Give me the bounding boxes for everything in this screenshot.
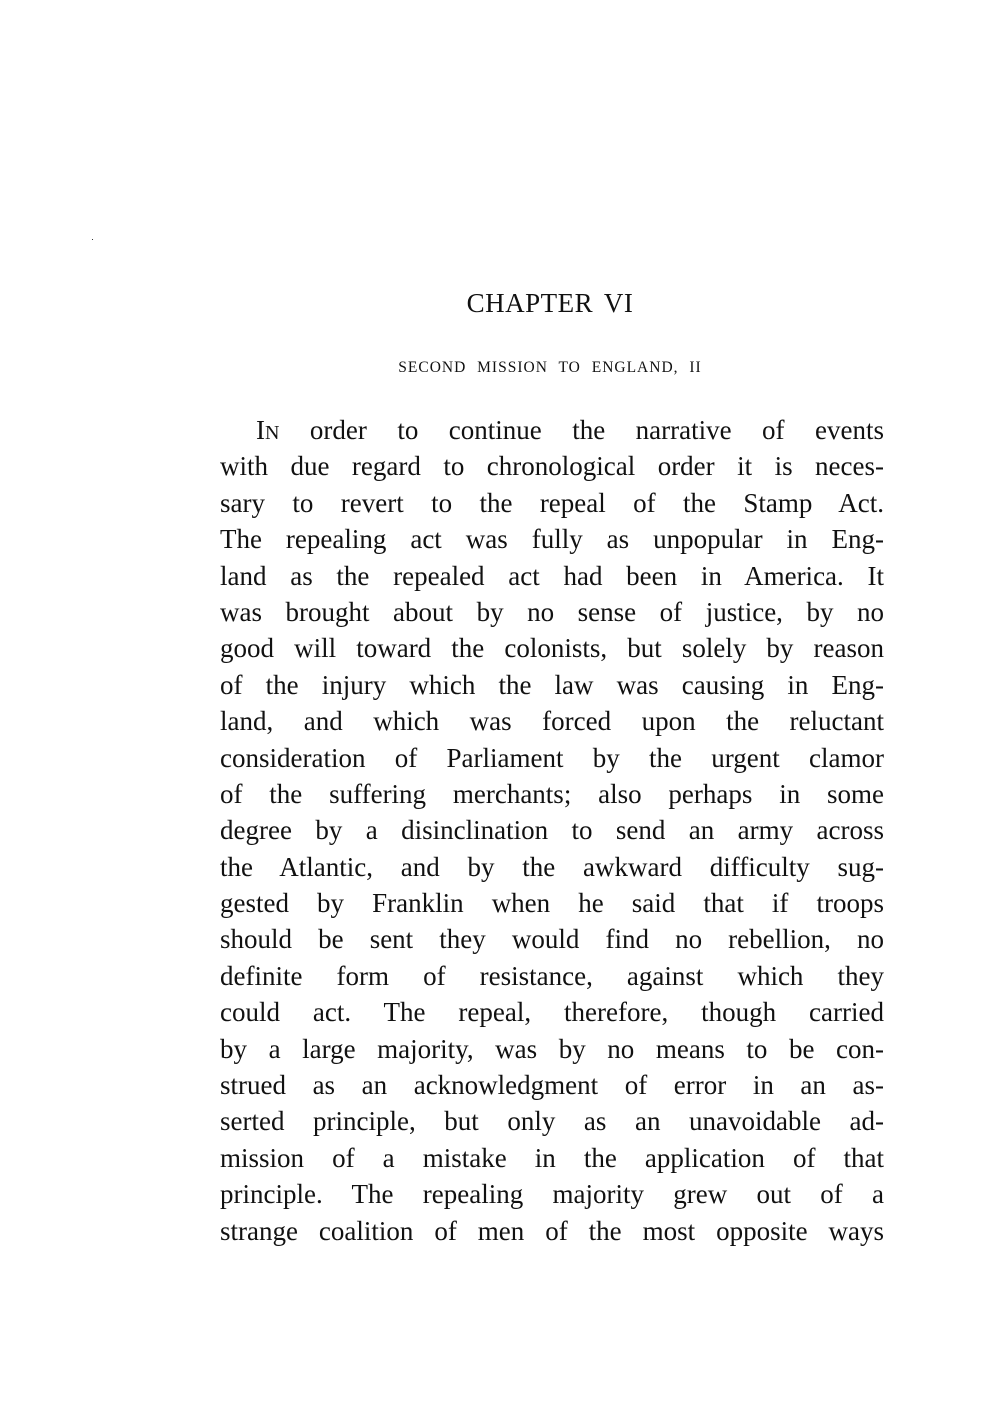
text-line: mission of a mistake in the application …: [220, 1140, 884, 1176]
text-line: land, and which was forced upon the relu…: [220, 703, 884, 739]
drop-initial: I: [256, 415, 265, 445]
text-line: consideration of Parliament by the urgen…: [220, 740, 884, 776]
chapter-title: CHAPTER VI: [300, 286, 800, 320]
text-line: good will toward the colonists, but sole…: [220, 630, 884, 666]
text-line: sary to revert to the repeal of the Stam…: [220, 485, 884, 521]
text-line: strange coalition of men of the most opp…: [220, 1213, 884, 1249]
text-line: was brought about by no sense of justice…: [220, 594, 884, 630]
small-caps: N: [265, 422, 279, 444]
text-line: should be sent they would find no rebell…: [220, 921, 884, 957]
text-line: principle. The repealing majority grew o…: [220, 1176, 884, 1212]
text-line: of the injury which the law was causing …: [220, 667, 884, 703]
text-line: could act. The repeal, therefore, though…: [220, 994, 884, 1030]
chapter-subtitle: SECOND MISSION TO ENGLAND, II: [300, 356, 800, 380]
text-line: degree by a disinclination to send an ar…: [220, 812, 884, 848]
text-line: the Atlantic, and by the awkward difficu…: [220, 849, 884, 885]
text-line: with due regard to chronological order i…: [220, 448, 884, 484]
text-line: The repealing act was fully as unpopular…: [220, 521, 884, 557]
text-line: land as the repealed act had been in Ame…: [220, 558, 884, 594]
text-line: of the suffering merchants; also perhaps…: [220, 776, 884, 812]
body-paragraph: IN order to continue the narrative of ev…: [220, 412, 884, 1249]
text-line: gested by Franklin when he said that if …: [220, 885, 884, 921]
text-line: strued as an acknowledgment of error in …: [220, 1067, 884, 1103]
text-line: definite form of resistance, against whi…: [220, 958, 884, 994]
text-line: IN order to continue the narrative of ev…: [220, 412, 884, 448]
scan-speck: [92, 239, 93, 240]
text-line: serted principle, but only as an unavoid…: [220, 1103, 884, 1139]
text-line: by a large majority, was by no means to …: [220, 1031, 884, 1067]
